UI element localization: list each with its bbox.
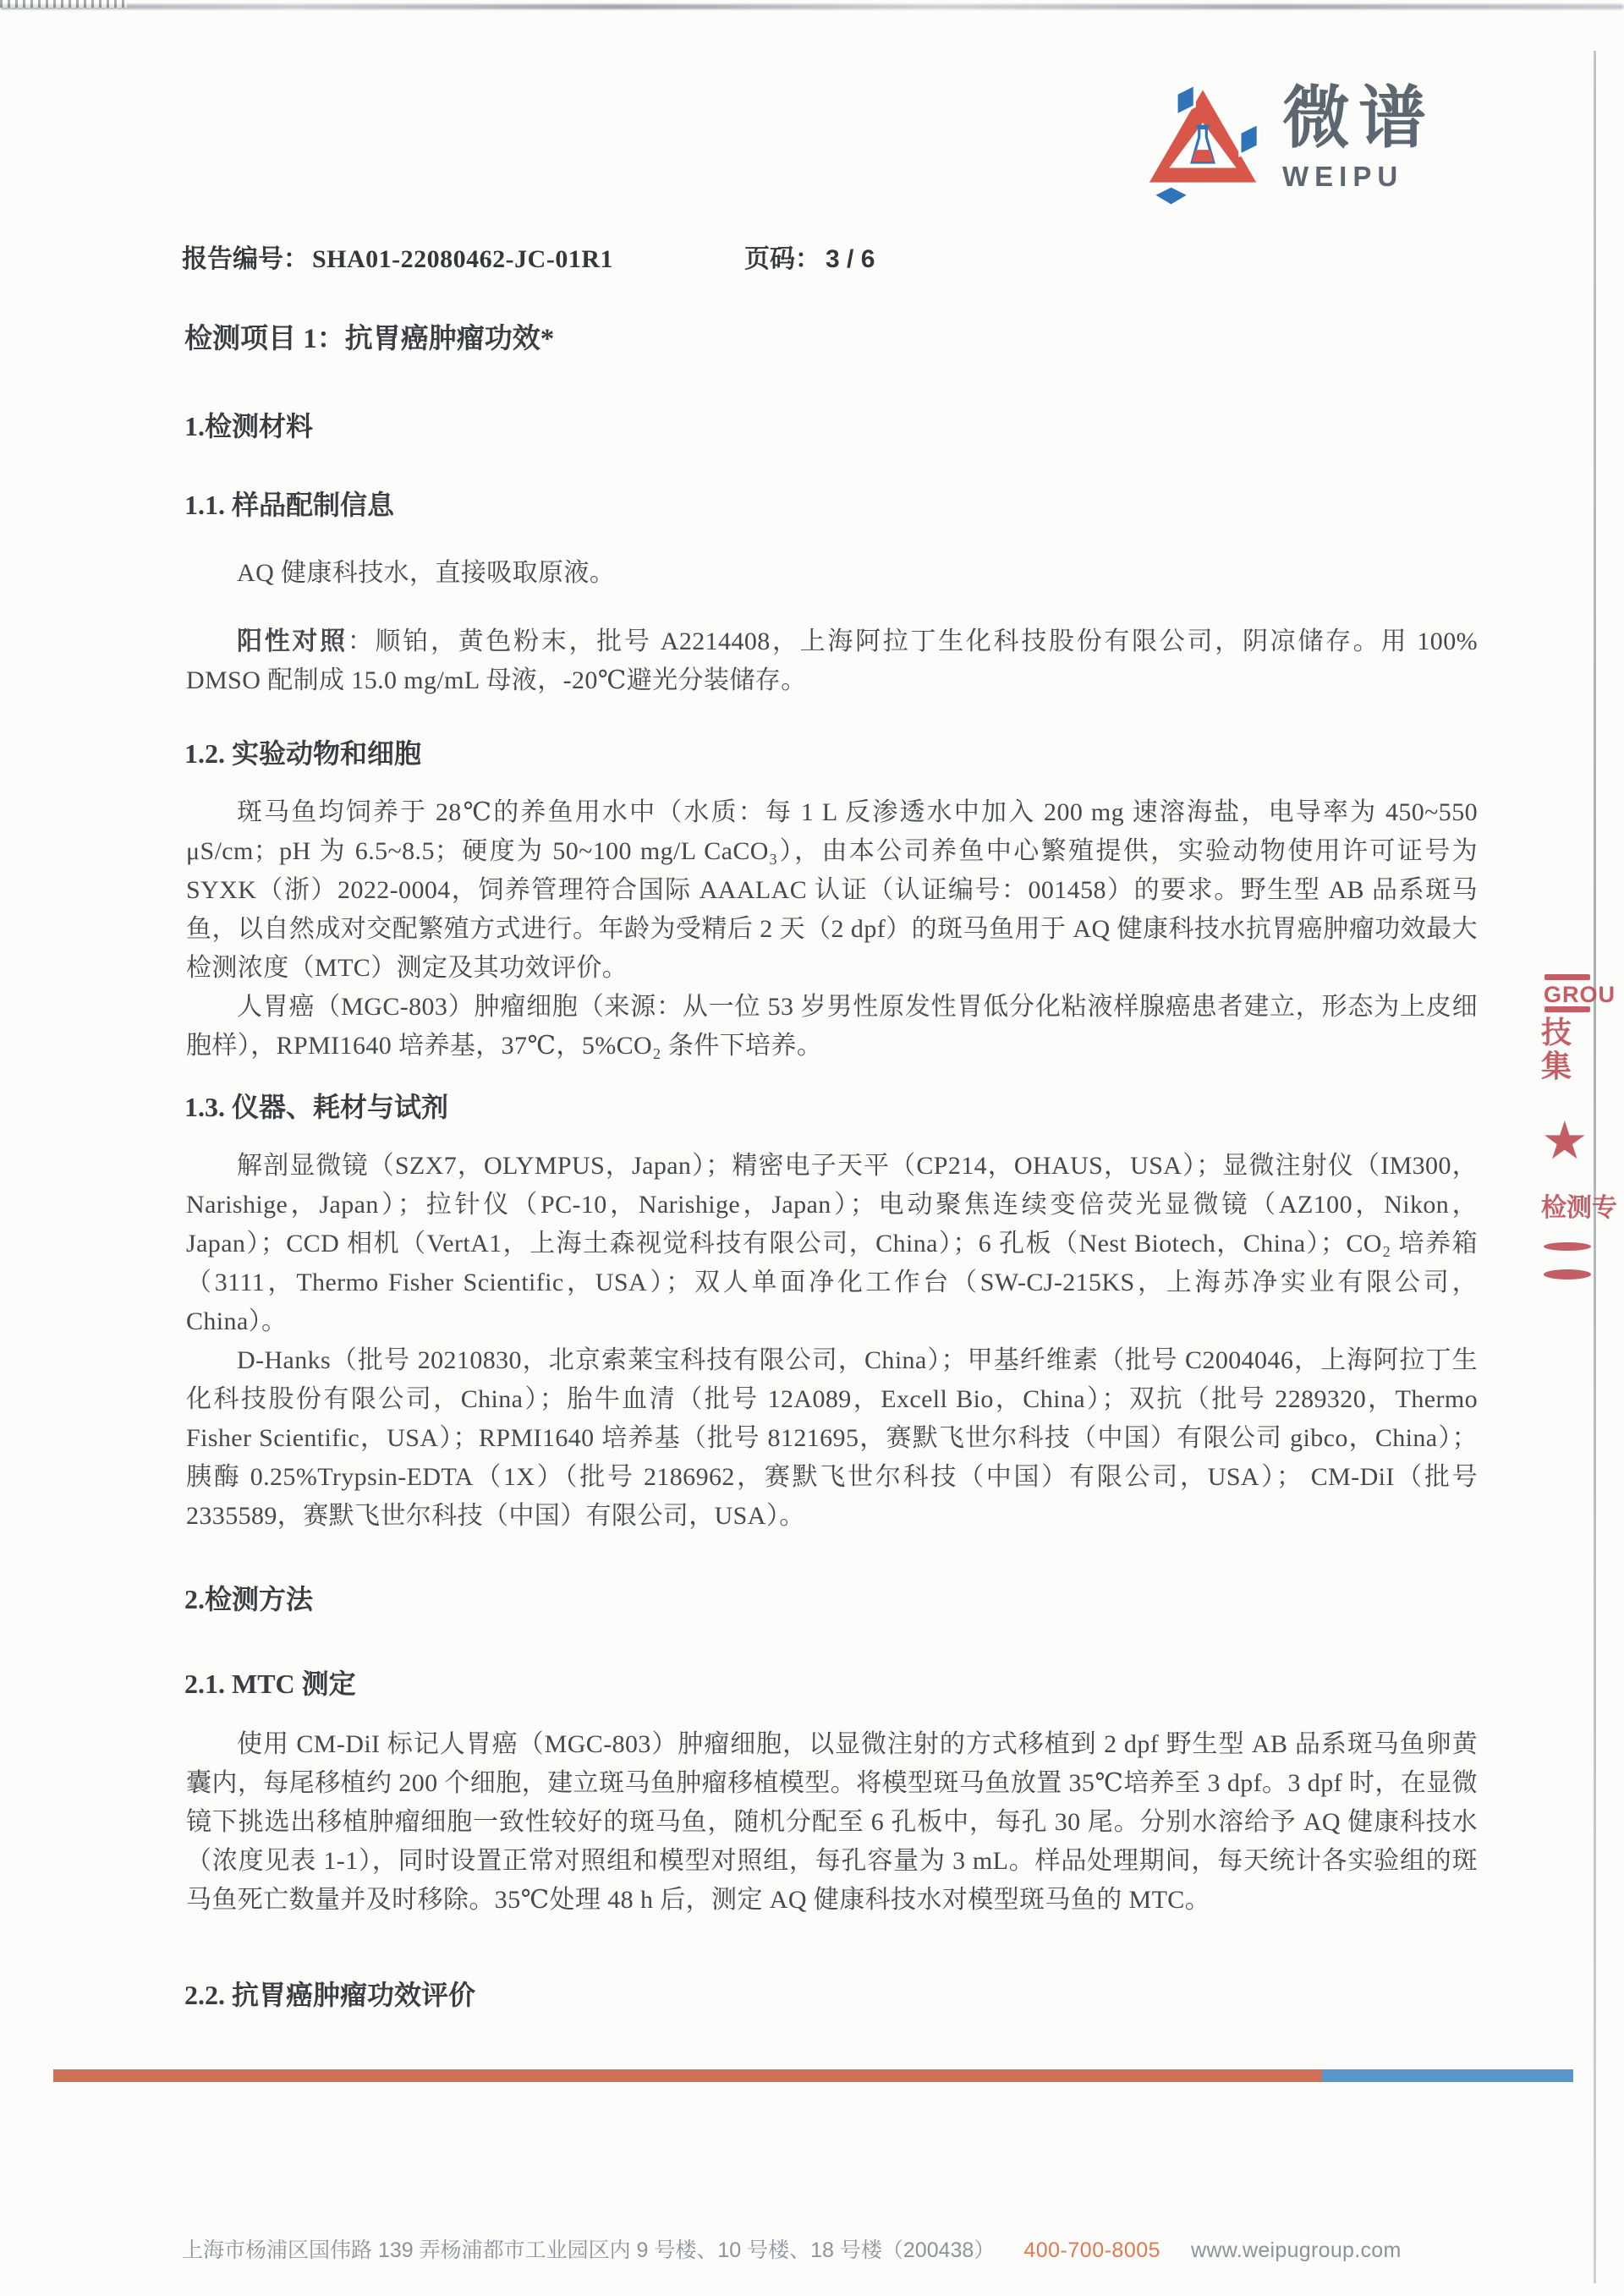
section-1-heading: 1.检测材料 — [184, 405, 313, 444]
positive-control-body: ：顺铂，黄色粉末，批号 A2214408，上海阿拉丁生化科技股份有限公司，阴凉储… — [186, 627, 1478, 694]
page-number-value: 3 / 6 — [826, 245, 875, 274]
flask-triangle-logo-icon — [1144, 85, 1262, 213]
section-1-1-heading: 1.1. 样品配制信息 — [184, 484, 394, 523]
zebrafish-husbandry-text: 斑马鱼均饲养于 28℃的养鱼用水中（水质：每 1 L 反渗透水中加入 200 m… — [186, 793, 1478, 988]
positive-control-label: 阳性对照 — [237, 627, 348, 655]
bottom-divider-bar — [53, 2069, 1573, 2082]
seal-arc-upper — [1544, 1242, 1591, 1251]
section-2-2-heading: 2.2. 抗胃癌肿瘤功效评价 — [184, 1974, 475, 2013]
logo-wordmark: 微谱 WEIPU — [1282, 85, 1435, 193]
report-number-label: 报告编号： — [182, 238, 309, 275]
divider-red-segment — [53, 2069, 1322, 2082]
seal-arc-lower — [1544, 1269, 1591, 1280]
company-address: 上海市杨浦区国伟路 139 弄杨浦都市工业园区内 9 号楼、10 号楼、18 号… — [182, 2233, 995, 2264]
test-item-title: 检测项目 1：抗胃癌肿瘤功效* — [184, 316, 554, 356]
report-meta-line: 报告编号： SHA01-22080462-JC-01R1 页码： 3 / 6 — [182, 238, 875, 275]
divider-blue-segment — [1322, 2069, 1573, 2082]
sample-text: AQ 健康科技水，直接吸取原液。 — [186, 554, 1478, 593]
instruments-text: 解剖显微镜（SZX7，OLYMPUS，Japan）；精密电子天平（CP214，O… — [186, 1147, 1478, 1341]
tumor-cell-line-text: 人胃癌（MGC-803）肿瘤细胞（来源：从一位 53 岁男性原发性胃低分化粘液样… — [186, 988, 1478, 1066]
section-2-1-heading: 2.1. MTC 测定 — [184, 1663, 356, 1701]
logo-cn-text: 微谱 — [1282, 85, 1435, 152]
seal-text-cn2: 检测专 — [1541, 1195, 1600, 1222]
mtc-method-text: 使用 CM-DiI 标记人胃癌（MGC-803）肿瘤细胞，以显微注射的方式移植到… — [186, 1725, 1478, 1920]
sample-preparation-paragraph: AQ 健康科技水，直接吸取原液。 — [186, 554, 1478, 593]
seal-text-cn1: 技集 — [1541, 1016, 1600, 1083]
positive-control-paragraph: 阳性对照：顺铂，黄色粉末，批号 A2214408，上海阿拉丁生化科技股份有限公司… — [186, 622, 1478, 700]
scan-edge-artifact — [0, 4, 1624, 9]
star-icon: ★ — [1541, 1115, 1600, 1168]
instruments-reagents-paragraphs: 解剖显微镜（SZX7，OLYMPUS，Japan）；精密电子天平（CP214，O… — [186, 1147, 1478, 1536]
seal-bar-mid — [1544, 1006, 1590, 1012]
mtc-method-paragraph: 使用 CM-DiI 标记人胃癌（MGC-803）肿瘤细胞，以显微注射的方式移植到… — [186, 1725, 1478, 1920]
scan-ruler-marks — [0, 0, 127, 8]
seal-bar-top — [1544, 974, 1590, 980]
page-footer: 上海市杨浦区国伟路 139 弄杨浦都市工业园区内 9 号楼、10 号楼、18 号… — [182, 2233, 1402, 2264]
report-page: 微谱 WEIPU 报告编号： SHA01-22080462-JC-01R1 页码… — [0, 0, 1624, 2296]
logo-en-text: WEIPU — [1282, 161, 1403, 193]
section-1-3-heading: 1.3. 仪器、耗材与试剂 — [184, 1086, 448, 1125]
reagents-text: D-Hanks（批号 20210830，北京索莱宝科技有限公司，China）；甲… — [186, 1341, 1478, 1536]
red-seal-partial: GROU 技集 ★ 检测专 — [1541, 974, 1600, 1280]
animals-cells-paragraphs: 斑马鱼均饲养于 28℃的养鱼用水中（水质：每 1 L 反渗透水中加入 200 m… — [186, 793, 1478, 1066]
seal-text-group: GROU — [1544, 983, 1600, 1006]
service-phone: 400-700-8005 — [1023, 2238, 1160, 2263]
page-number-label: 页码： — [744, 238, 820, 275]
company-website: www.weipugroup.com — [1191, 2238, 1402, 2263]
weipu-logo: 微谱 WEIPU — [1144, 85, 1435, 213]
section-2-heading: 2.检测方法 — [184, 1578, 313, 1617]
positive-control-text: 阳性对照：顺铂，黄色粉末，批号 A2214408，上海阿拉丁生化科技股份有限公司… — [186, 622, 1478, 700]
section-1-2-heading: 1.2. 实验动物和细胞 — [184, 732, 421, 771]
report-number-value: SHA01-22080462-JC-01R1 — [312, 245, 613, 274]
